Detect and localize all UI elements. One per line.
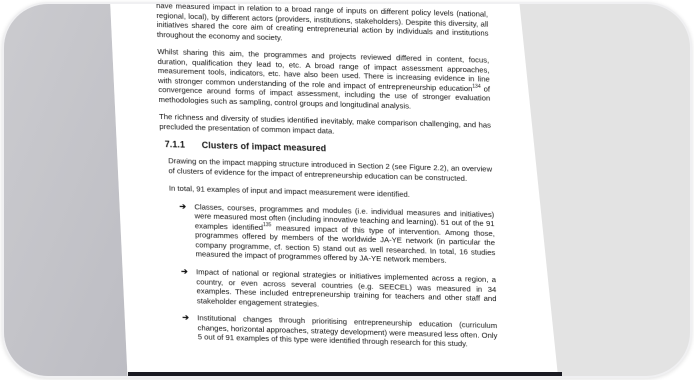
section-number: 7.1.1 [165, 140, 202, 151]
footnote-ref-134: 134 [472, 84, 480, 90]
footnote-ref-135: 135 [263, 222, 271, 228]
arrow-bullet-icon: ➔ [182, 313, 198, 342]
section-heading: 7.1.1 Clusters of impact measured [165, 140, 496, 158]
page-text: have measured impact in relation to a br… [156, 2, 501, 358]
paragraph-inputs-policy: have measured impact in relation to a br… [156, 2, 489, 48]
paragraph-richness-diversity: The richness and diversity of studies id… [159, 113, 491, 141]
arrow-bullet-icon: ➔ [181, 267, 197, 306]
photo-dark-edge [128, 372, 562, 377]
paragraph-91-examples: In total, 91 examples of input and impac… [169, 184, 493, 202]
bullet-institutional-changes: ➔ Institutional changes through prioriti… [182, 313, 498, 350]
bullet-text: Institutional changes through prioritisi… [197, 313, 498, 350]
bullet-text-part: Impact of national or regional strategie… [196, 267, 497, 308]
section-title: Clusters of impact measured [202, 141, 327, 154]
clipped-line-fragment: these related to [402, 377, 455, 378]
bullet-classes-courses: ➔ Classes, courses, programmes and modul… [179, 201, 495, 267]
document-photo: have measured impact in relation to a br… [2, 2, 692, 378]
bullet-text-part: Institutional changes through prioritisi… [197, 313, 497, 348]
paragraph-impact-mapping: Drawing on the impact mapping structure … [168, 156, 492, 184]
paragraph-programmes-differed: Whilst sharing this aim, the programmes … [157, 47, 490, 113]
bullet-national-regional: ➔ Impact of national or regional strateg… [181, 267, 497, 313]
bullet-text: Classes, courses, programmes and modules… [194, 202, 495, 267]
arrow-bullet-icon: ➔ [179, 201, 195, 259]
bullet-text: Impact of national or regional strategie… [196, 267, 497, 313]
